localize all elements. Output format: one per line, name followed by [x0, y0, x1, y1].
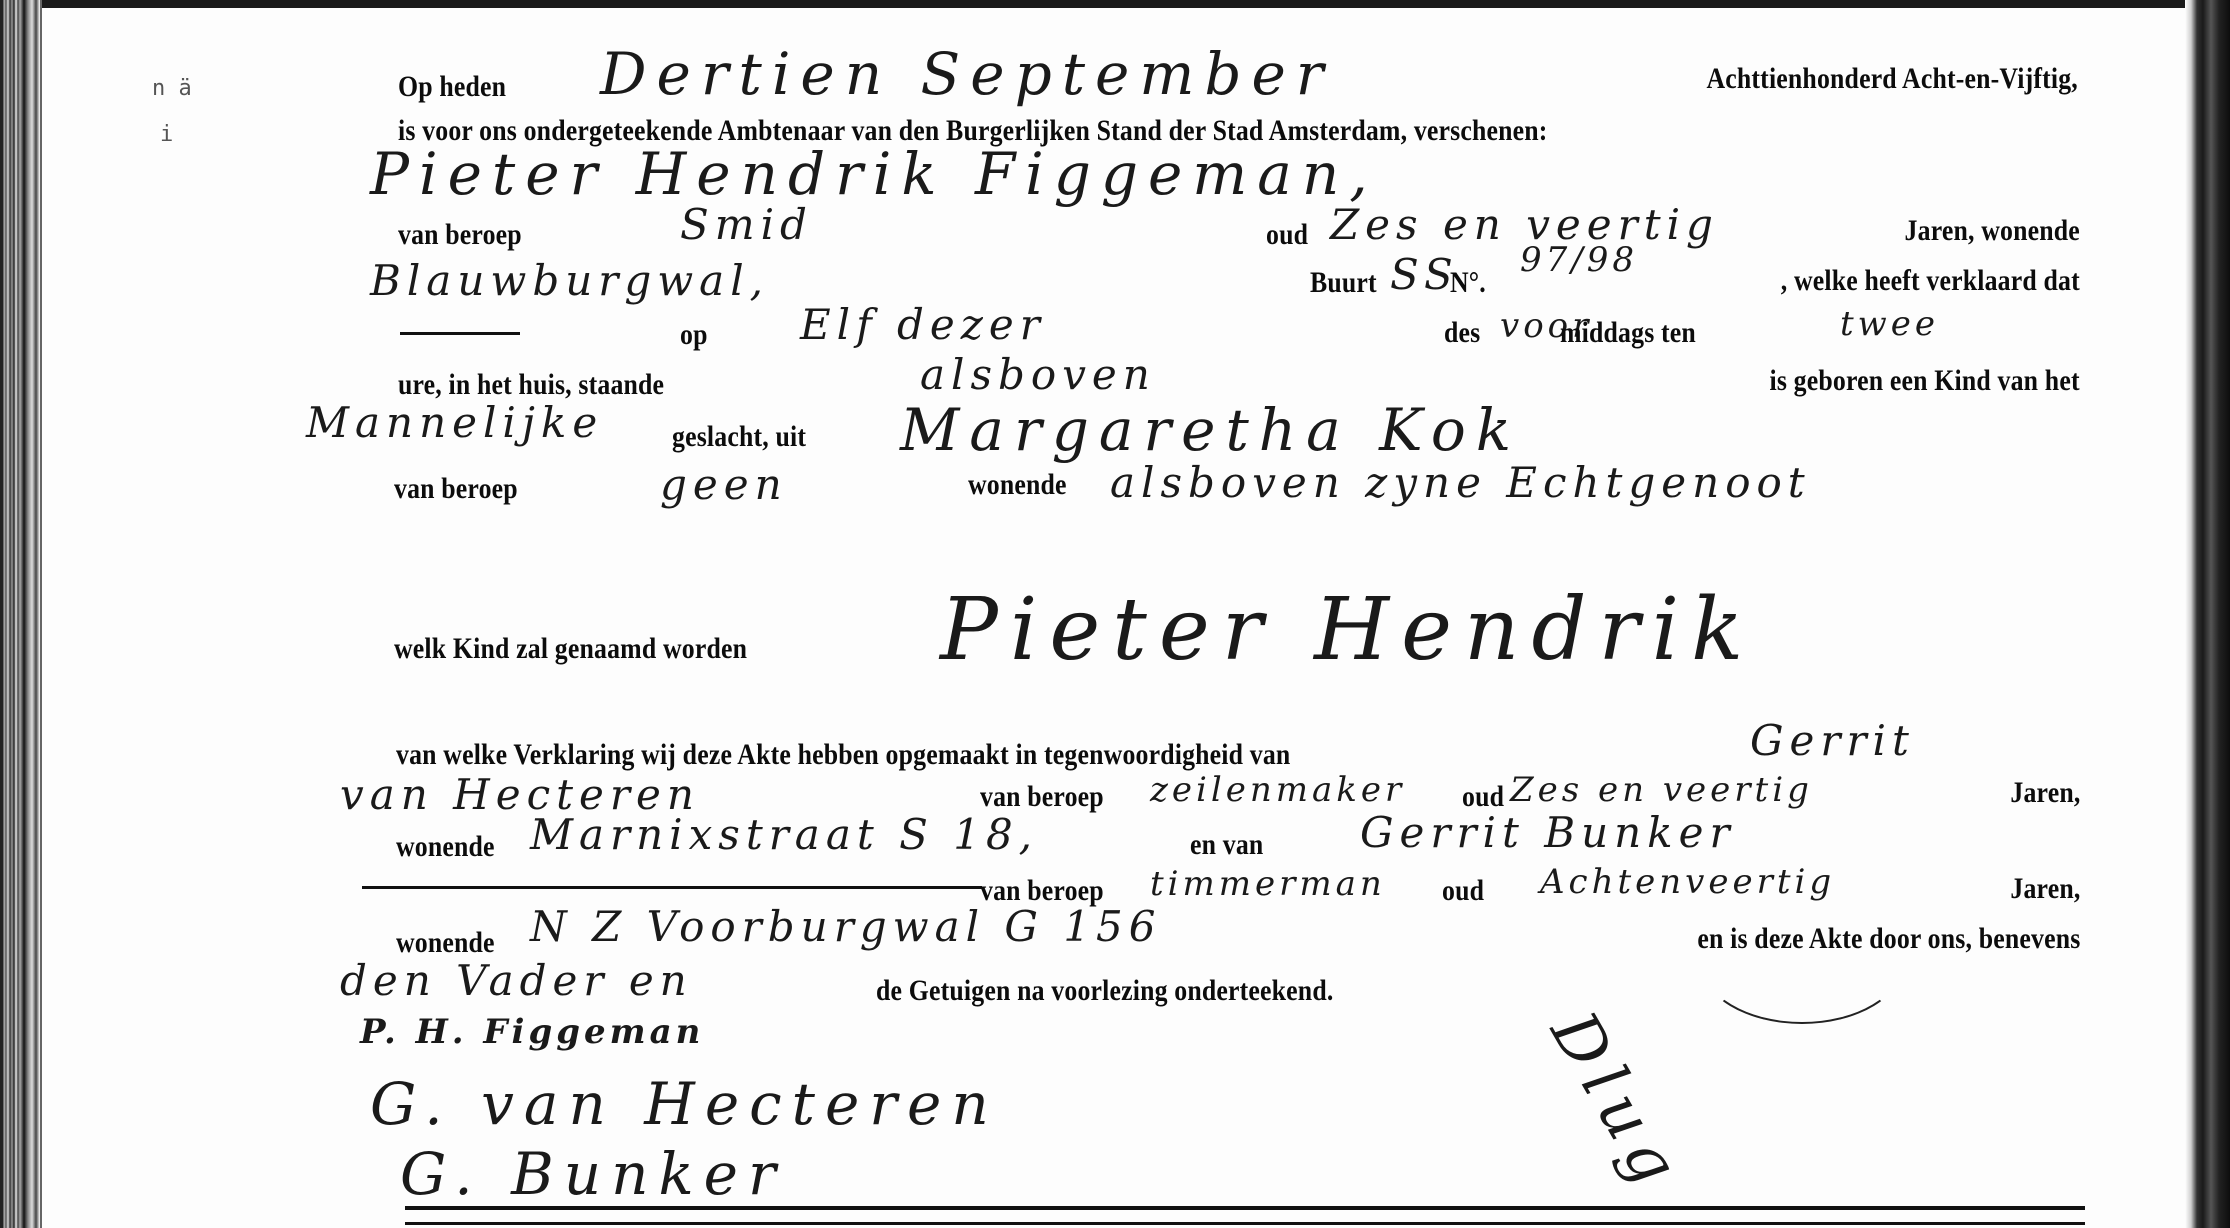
printed-verklaring: van welke Verklaring wij deze Akte hebbe…	[396, 738, 1290, 772]
printed-wonende-mother: wonende	[968, 468, 1067, 502]
hw-hour: twee	[1840, 304, 1939, 344]
hw-buurt: SS	[1390, 250, 1459, 299]
printed-jaren-wonende: Jaren, wonende	[1905, 214, 2080, 248]
hw-witness2-address: N Z Voorburgwal G 156	[530, 902, 1162, 951]
printed-jaren-w1: Jaren,	[2010, 776, 2080, 810]
hw-witness2-name: Gerrit Bunker	[1360, 808, 1736, 857]
printed-genaamd: welk Kind zal genaamd worden	[394, 632, 747, 666]
margin-rule	[40, 0, 42, 1228]
printed-wonende-w1: wonende	[396, 830, 495, 864]
printed-no: N°.	[1450, 266, 1486, 300]
printed-getuigen: de Getuigen na voorlezing onderteekend.	[876, 974, 1333, 1008]
hw-birth-day: Elf dezer	[800, 300, 1046, 349]
hw-witness1-first: Gerrit	[1750, 716, 1915, 765]
signature-official: Dlug	[1536, 1000, 1697, 1205]
printed-middags: middags ten	[1560, 316, 1696, 350]
hw-declarant-occupation: Smid	[680, 200, 813, 249]
printed-beroep-mother: van beroep	[394, 472, 518, 506]
hw-mother-occupation: geen	[660, 460, 788, 509]
printed-wonende-w2: wonende	[396, 926, 495, 960]
hw-mother-name: Margaretha Kok	[900, 396, 1521, 464]
margin-mark: i	[160, 122, 173, 147]
printed-huis-staande: ure, in het huis, staande	[398, 368, 664, 402]
hw-declarant-name: Pieter Hendrik Figgeman,	[370, 140, 1378, 208]
printed-des: des	[1444, 316, 1480, 350]
margin-mark: n ä	[152, 76, 192, 101]
hw-witness2-occupation: timmerman	[1150, 864, 1386, 904]
printed-jaren-w2: Jaren,	[2010, 872, 2080, 906]
signature-witness2: G. Bunker	[400, 1140, 786, 1208]
hw-witness1-age: Zes en veertig	[1510, 770, 1813, 810]
printed-beroep-w1: van beroep	[980, 780, 1104, 814]
signature-father: P. H. Figgeman	[360, 1012, 704, 1052]
printed-year: Achttienhonderd Acht-en-Vijftig,	[1707, 62, 2078, 96]
hw-sex: Mannelijke	[306, 398, 603, 447]
printed-oud-w2: oud	[1442, 874, 1484, 908]
hw-house: alsboven	[920, 350, 1156, 399]
hw-declarant-address: Blauwburgwal,	[370, 256, 769, 305]
printed-op: op	[680, 318, 708, 352]
hw-father-note: den Vader en	[340, 956, 693, 1005]
page-right-edge	[2185, 0, 2230, 1228]
hw-date: Dertien September	[600, 40, 1334, 108]
signature-witness1: G. van Hecteren	[370, 1070, 999, 1138]
printed-en-van: en van	[1190, 828, 1263, 862]
book-binding	[0, 0, 40, 1228]
scan-top-edge	[0, 0, 2230, 8]
blank-line	[362, 886, 982, 889]
printed-op-heden: Op heden	[398, 70, 506, 104]
signature-flourish	[1700, 900, 1904, 1024]
hw-witness1-occupation: zeilenmaker	[1150, 770, 1405, 810]
printed-oud: oud	[1266, 218, 1308, 252]
hw-house-number: 97/98	[1520, 240, 1638, 280]
hw-mother-address: alsboven zyne Echtgenoot	[1110, 458, 1811, 507]
printed-beroep: van beroep	[398, 218, 522, 252]
printed-geslacht: geslacht, uit	[672, 420, 806, 454]
hw-witness1-address: Marnixstraat S 18,	[530, 810, 1038, 859]
hw-witness2-age: Achtenveertig	[1540, 862, 1835, 902]
printed-buurt: Buurt	[1310, 266, 1377, 300]
printed-verklaard: , welke heeft verklaard dat	[1781, 264, 2080, 298]
certificate-page: n ä i Op heden Dertien September Achttie…	[0, 0, 2230, 1228]
printed-geboren: is geboren een Kind van het	[1770, 364, 2080, 398]
hw-child-name: Pieter Hendrik	[940, 580, 1755, 680]
bottom-double-rule	[405, 1206, 2085, 1225]
blank-dash	[400, 332, 520, 335]
